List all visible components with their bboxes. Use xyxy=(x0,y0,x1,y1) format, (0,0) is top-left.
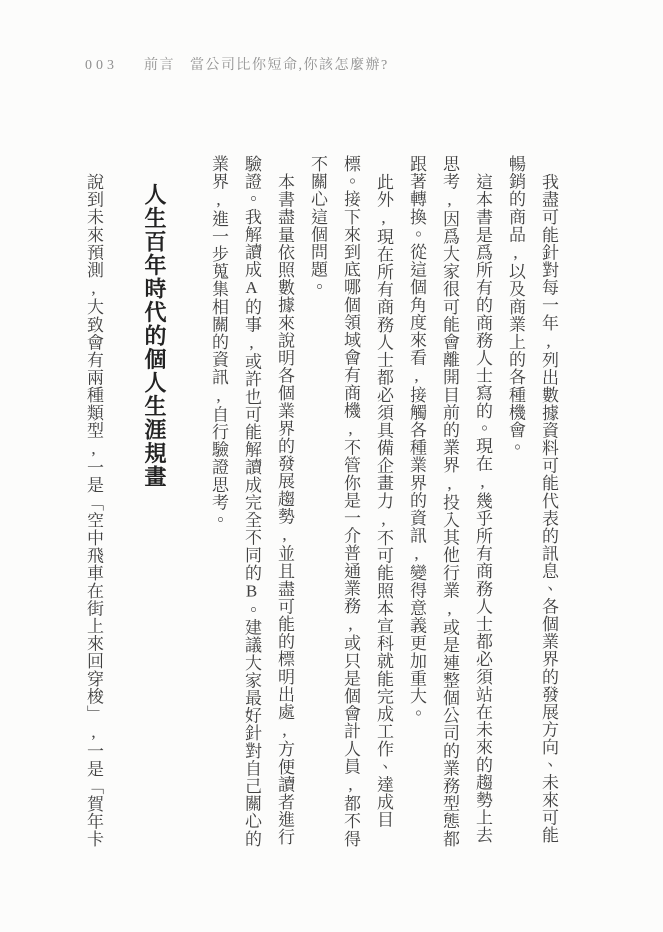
section-heading: 人生百年時代的個人生涯規畫 xyxy=(136,155,172,855)
preface-label: 前言 xyxy=(144,58,175,73)
page-number: 003 xyxy=(85,58,118,73)
paragraph-4: 本書盡量依照數據來說明各個業界的發展趨勢,並且盡可能的標明出處,方便讀者進行驗證… xyxy=(202,155,301,855)
paragraph-5: 說到未來預測,大致會有兩種類型,一是「空中飛車在街上來回穿梭」,一是「賀年卡 xyxy=(77,155,110,855)
book-page: 003前言當公司比你短命,你該怎麼辦? 我盡可能針對每一年,列出數據資料可能代表… xyxy=(0,0,663,932)
paragraph-2: 這本書是爲所有的商務人士寫的。現在,幾乎所有商務人士都必須站在未來的趨勢上去思考… xyxy=(400,155,499,855)
paragraph-3: 此外,現在所有商務人士都必須具備企畫力,不可能照本宣科就能完成工作、達成目標。接… xyxy=(301,155,400,855)
paragraph-1: 我盡可能針對每一年,列出數據資料可能代表的訊息、各個業界的發展方向、未來可能暢銷… xyxy=(499,155,565,855)
body-text: 我盡可能針對每一年,列出數據資料可能代表的訊息、各個業界的發展方向、未來可能暢銷… xyxy=(77,155,565,855)
running-title: 當公司比你短命,你該怎麼辦? xyxy=(190,58,389,73)
page-header: 003前言當公司比你短命,你該怎麼辦? xyxy=(85,57,389,75)
